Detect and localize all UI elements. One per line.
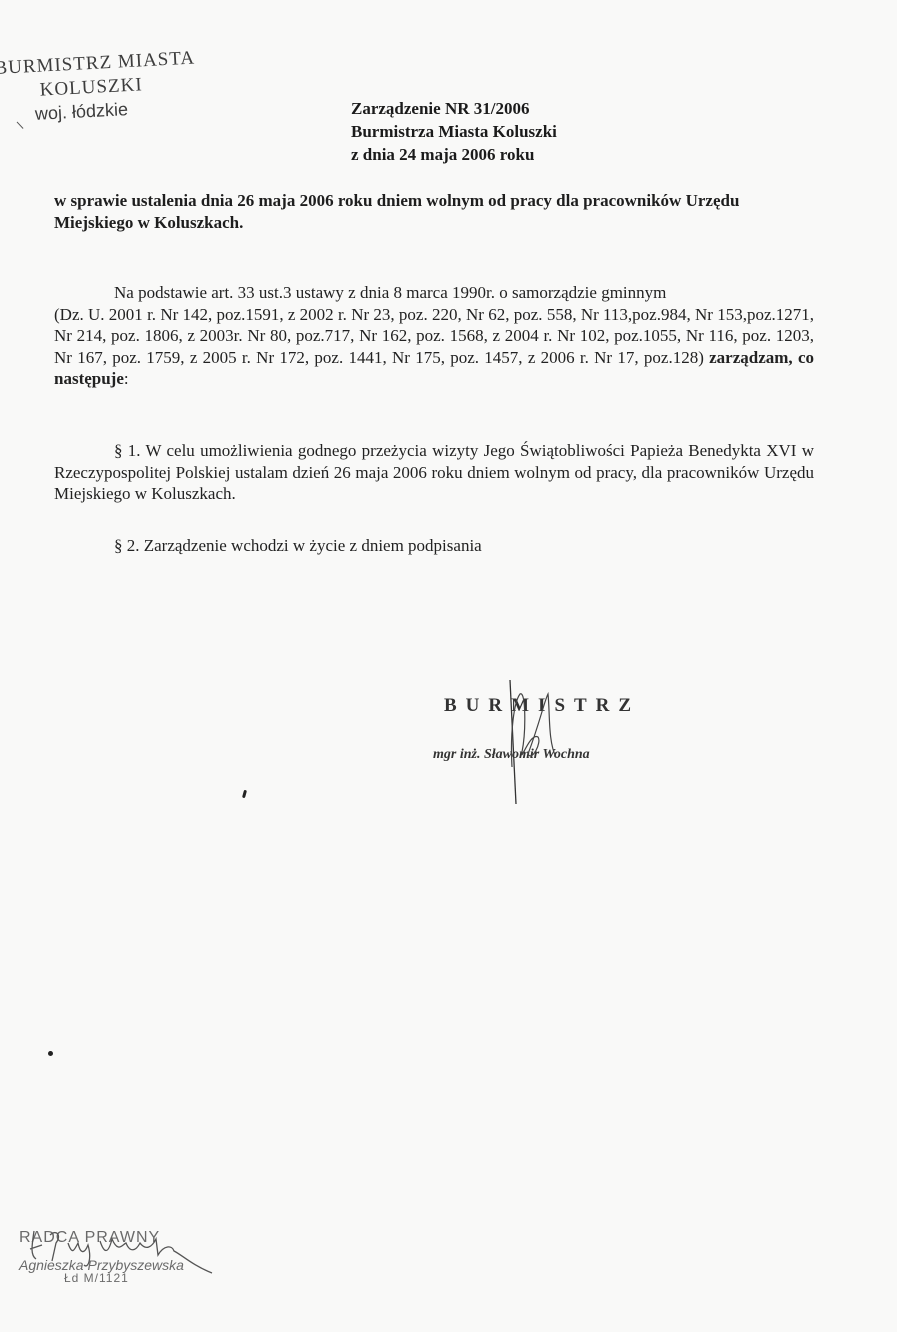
section-2: § 2. Zarządzenie wchodzi w życie z dniem…: [114, 535, 814, 557]
legal-basis-colon: :: [124, 369, 129, 388]
ink-mark: [242, 790, 247, 799]
legal-counsel-signature-icon: [22, 1225, 222, 1285]
heading-date: z dnia 24 maja 2006 roku: [351, 143, 557, 166]
section-1: § 1. W celu umożliwienia godnego przeżyc…: [54, 440, 814, 505]
heading-issuer: Burmistrza Miasta Koluszki: [351, 120, 557, 143]
legal-basis-first-line: Na podstawie art. 33 ust.3 ustawy z dnia…: [54, 282, 814, 304]
document-heading: Zarządzenie NR 31/2006 Burmistrza Miasta…: [351, 97, 557, 166]
document-subject: w sprawie ustalenia dnia 26 maja 2006 ro…: [54, 190, 814, 234]
office-stamp: BURMISTRZ MIASTA KOLUSZKI woj. łódzkie: [0, 46, 217, 126]
legal-basis-citations: (Dz. U. 2001 r. Nr 142, poz.1591, z 2002…: [54, 304, 814, 390]
stamp-mark: [17, 122, 24, 129]
heading-title: Zarządzenie NR 31/2006: [351, 97, 557, 120]
mayor-signature-icon: [490, 672, 570, 812]
legal-basis-paragraph: Na podstawie art. 33 ust.3 ustawy z dnia…: [54, 282, 814, 390]
ink-mark: [48, 1051, 53, 1056]
legal-basis-text: (Dz. U. 2001 r. Nr 142, poz.1591, z 2002…: [54, 305, 814, 367]
